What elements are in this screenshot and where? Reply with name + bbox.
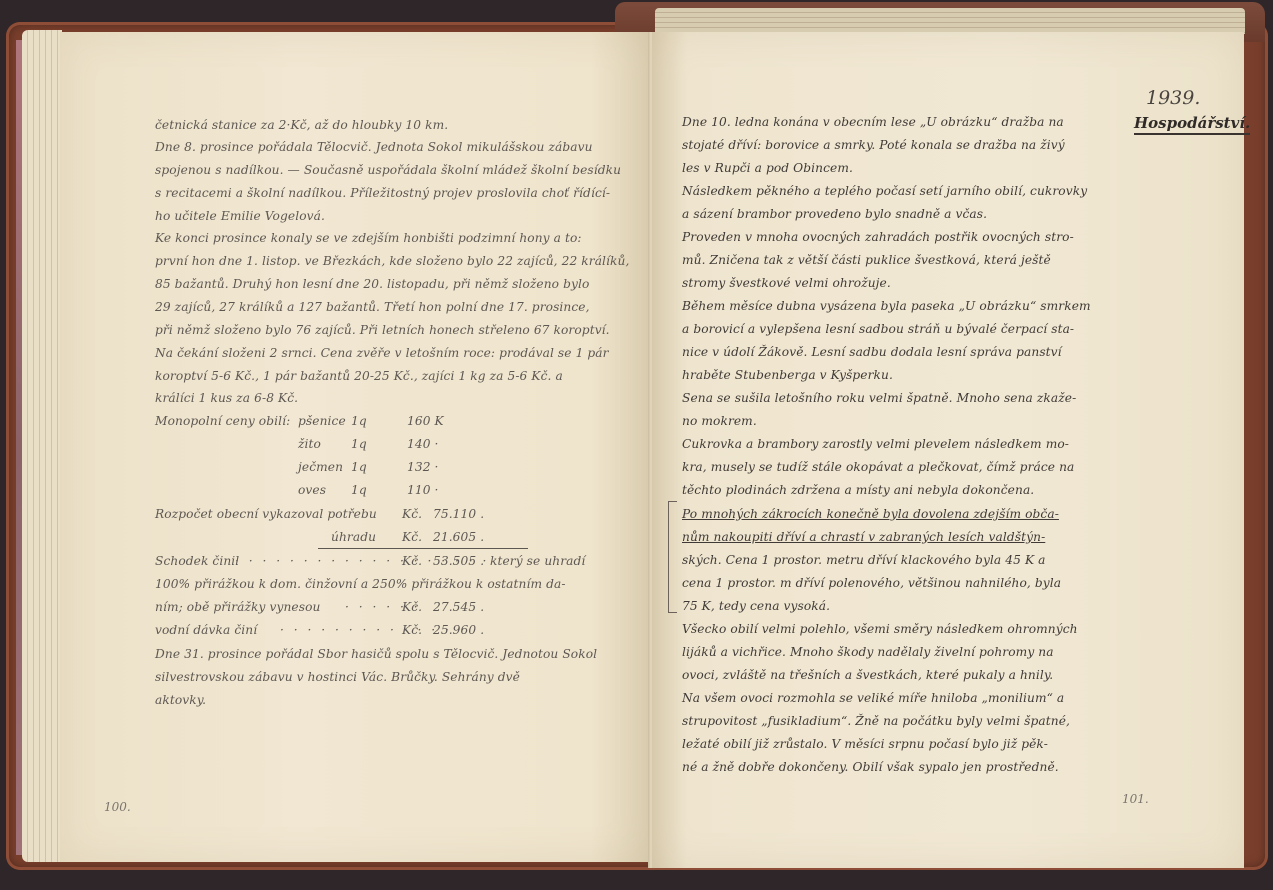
budget-label: Rozpočet obecní vykazoval potřebu xyxy=(155,507,377,521)
text-line: kra, musely se tudíž stále okopávat a pl… xyxy=(682,460,1074,474)
sum-rule xyxy=(318,548,528,549)
deficit-text: 100% přirážkou k dom. činžovní a 250% př… xyxy=(155,577,566,591)
text-line: Cukrovka a brambory zarostly velmi pleve… xyxy=(682,437,1069,451)
text-line: mů. Zničena tak z větší části puklice šv… xyxy=(682,253,1051,267)
bracketed-line: cena 1 prostor. m dříví polenového, větš… xyxy=(682,576,1061,590)
text-line: stromy švestkové velmi ohrožuje. xyxy=(682,276,891,290)
budget-label: úhradu xyxy=(331,530,376,544)
text-line: stojaté dříví: borovice a smrky. Poté ko… xyxy=(682,138,1065,152)
grain-price: 110 · xyxy=(407,483,439,497)
budget-amount: 21.605 . xyxy=(433,530,484,544)
text-line: strupovitost „fusikladium“. Žně na počát… xyxy=(682,714,1070,728)
text-line: aktovky. xyxy=(155,693,206,707)
text-line: koroptví 5-6 Kč., 1 pár bažantů 20-25 Kč… xyxy=(155,369,563,383)
page-number-right: 101. xyxy=(1122,792,1149,806)
text-line: při němž složeno bylo 76 zajíců. Při let… xyxy=(155,323,610,337)
text-line: ho učitele Emilie Vogelová. xyxy=(155,209,325,223)
budget-currency: Kč. xyxy=(402,507,422,521)
text-line: Na všem ovoci rozmohla se veliké míře hn… xyxy=(682,691,1064,705)
bracketed-line: nům nakoupiti dříví a chrastí v zabranýc… xyxy=(682,530,1045,544)
deficit-currency: Kč. xyxy=(402,600,422,614)
text-line: Během měsíce dubna vysázena byla paseka … xyxy=(682,299,1091,313)
budget-currency: Kč. xyxy=(402,530,422,544)
text-line: těchto plodinách zdržena a místy ani neb… xyxy=(682,483,1034,497)
text-line: spojenou s nadílkou. — Současně uspořáda… xyxy=(155,163,621,177)
text-line: Proveden v mnoha ovocných zahradách post… xyxy=(682,230,1074,244)
grain-prices-label: Monopolní ceny obilí: xyxy=(155,414,290,428)
text-line: četnická stanice za 2·Kč, až do hloubky … xyxy=(155,118,448,132)
deficit-currency: Kč. xyxy=(402,623,422,637)
text-line: a sázení brambor provedeno bylo snadně a… xyxy=(682,207,987,221)
grain-unit: 1q xyxy=(351,437,367,451)
text-line: Sena se sušila letošního roku velmi špat… xyxy=(682,391,1076,405)
bracketed-line: 75 K, tedy cena vysoká. xyxy=(682,599,830,613)
text-line: ovoci, zvláště na třešních a švestkách, … xyxy=(682,668,1053,682)
text-line: Dne 10. ledna konána v obecním lese „U o… xyxy=(682,115,1064,129)
deficit-text: vodní dávka činí xyxy=(155,623,257,637)
page-edges-left xyxy=(22,30,62,862)
deficit-amount: 25.960 . xyxy=(433,623,484,637)
grain-unit: 1q xyxy=(351,483,367,497)
text-line: Na čekání složeni 2 srnci. Cena zvěře v … xyxy=(155,346,609,360)
text-line: né a žně dobře dokončeny. Obilí však syp… xyxy=(682,760,1059,774)
text-line: silvestrovskou zábavu v hostinci Vác. Br… xyxy=(155,670,520,684)
text-line: no mokrem. xyxy=(682,414,757,428)
text-line: hraběte Stubenberga v Kyšperku. xyxy=(682,368,893,382)
bracketed-line: ských. Cena 1 prostor. metru dříví klack… xyxy=(682,553,1046,567)
leader-dots: · · · · · · · · · · · · · xyxy=(280,623,452,637)
grain-name: oves xyxy=(298,483,326,497)
text-line: 85 bažantů. Druhý hon lesní dne 20. list… xyxy=(155,277,589,291)
text-line: nice v údolí Žákově. Lesní sadbu dodala … xyxy=(682,345,1062,359)
left-page: četnická stanice za 2·Kč, až do hloubky … xyxy=(60,32,650,862)
year-heading: 1939. xyxy=(1146,87,1200,109)
text-line: les v Rupči a pod Obincem. xyxy=(682,161,853,175)
page-number-left: 100. xyxy=(104,800,131,814)
bracketed-line: Po mnohých zákrocích konečně byla dovole… xyxy=(682,507,1059,521)
deficit-text: ním; obě přirážky vynesou xyxy=(155,600,320,614)
deficit-currency: Kč. xyxy=(402,554,422,568)
text-line: Dne 8. prosince pořádala Tělocvič. Jedno… xyxy=(155,140,593,154)
deficit-amount: 53.505 . xyxy=(433,554,484,568)
deficit-text: Schodek činil xyxy=(155,554,239,568)
text-line: s recitacemi a školní nadílkou. Příležit… xyxy=(155,186,610,200)
page-edges-right xyxy=(655,8,1245,34)
text-line: Všecko obilí velmi polehlo, všemi směry … xyxy=(682,622,1078,636)
grain-name: ječmen xyxy=(298,460,343,474)
text-line: ležaté obilí již zrůstalo. V měsíci srpn… xyxy=(682,737,1048,751)
grain-unit: 1q xyxy=(351,460,367,474)
text-line: králíci 1 kus za 6-8 Kč. xyxy=(155,391,298,405)
text-line: první hon dne 1. listop. ve Březkách, kd… xyxy=(155,254,629,268)
text-line: Dne 31. prosince pořádal Sbor hasičů spo… xyxy=(155,647,597,661)
right-page: 1939. Hospodářství. Dne 10. ledna konána… xyxy=(652,32,1244,868)
deficit-suffix: který se uhradí xyxy=(490,554,585,568)
text-line: Ke konci prosince konaly se ve zdejším h… xyxy=(155,231,582,245)
margin-bracket xyxy=(668,501,677,613)
grain-price: 160 K xyxy=(407,414,444,428)
grain-unit: 1q xyxy=(351,414,367,428)
text-line: a borovicí a vylepšena lesní sadbou strá… xyxy=(682,322,1074,336)
grain-price: 132 · xyxy=(407,460,439,474)
text-line: 29 zajíců, 27 králíků a 127 bažantů. Tře… xyxy=(155,300,590,314)
text-line: Následkem pěkného a teplého počasí setí … xyxy=(682,184,1087,198)
text-line: lijáků a vichřice. Mnoho škody nadělaly … xyxy=(682,645,1054,659)
grain-price: 140 · xyxy=(407,437,439,451)
margin-heading: Hospodářství. xyxy=(1134,114,1250,135)
deficit-amount: 27.545 . xyxy=(433,600,484,614)
grain-name: pšenice xyxy=(298,414,346,428)
grain-name: žito xyxy=(298,437,321,451)
budget-amount: 75.110 . xyxy=(433,507,484,521)
